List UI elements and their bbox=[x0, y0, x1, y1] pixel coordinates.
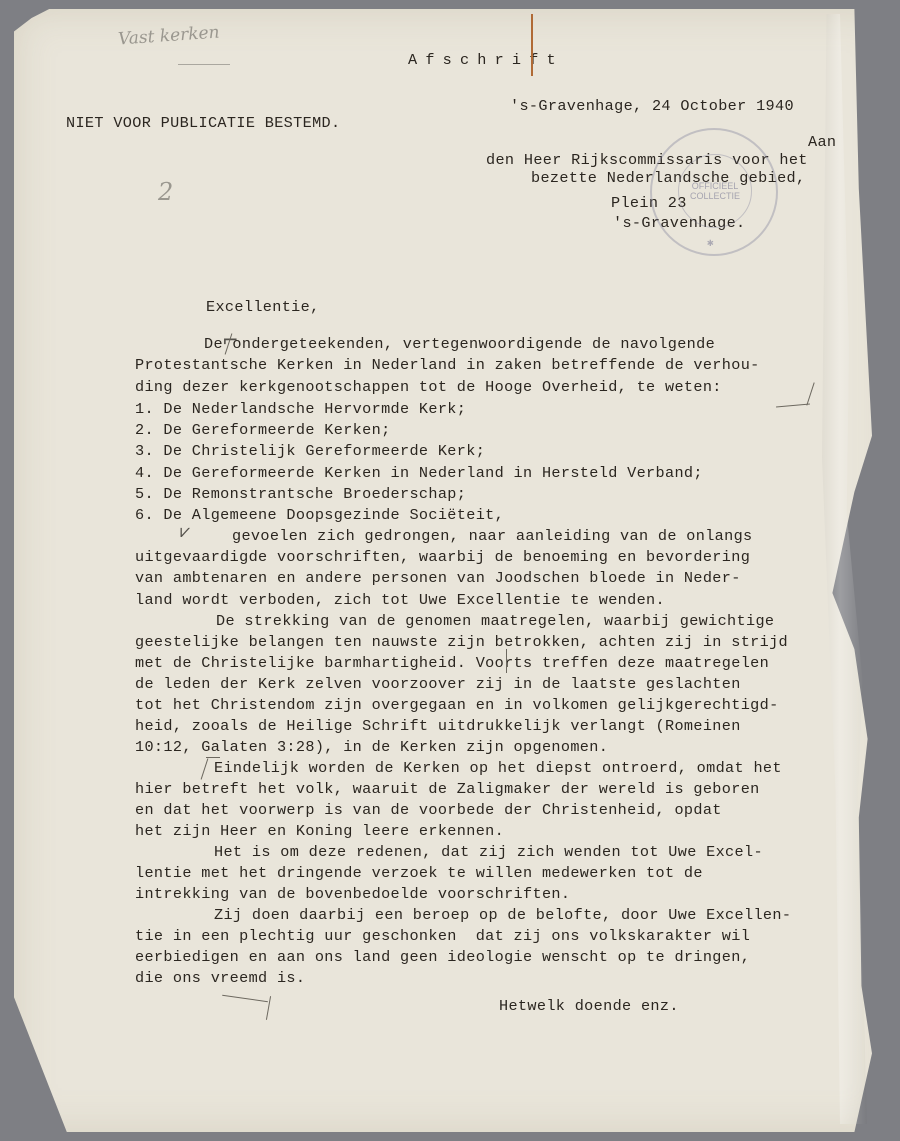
list-item: 1. De Nederlandsche Hervormde Kerk; bbox=[135, 402, 466, 417]
body-line: van ambtenaren en andere personen van Jo… bbox=[135, 571, 741, 586]
list-item: 2. De Gereformeerde Kerken; bbox=[135, 423, 391, 438]
red-pencil-mark bbox=[531, 14, 533, 76]
list-item: 5. De Remonstrantsche Broederschap; bbox=[135, 487, 466, 502]
stamp-star-icon: ✱ bbox=[707, 236, 714, 250]
body-line: Eindelijk worden de Kerken op het diepst… bbox=[214, 761, 782, 776]
handwritten-page-number: 2 bbox=[158, 178, 173, 206]
body-line: gevoelen zich gedrongen, naar aanleiding… bbox=[232, 529, 753, 544]
body-line: Zij doen daarbij een beroep op de beloft… bbox=[214, 908, 791, 923]
list-item: 6. De Algemeene Doopsgezinde Sociëteit, bbox=[135, 508, 504, 523]
stamp-inner-text-1: OFFICIEEL bbox=[679, 181, 751, 191]
body-line: lentie met het dringende verzoek te will… bbox=[135, 866, 703, 881]
place-date: 's-Gravenhage, 24 October 1940 bbox=[510, 99, 794, 114]
confidential-notice: NIET VOOR PUBLICATIE BESTEMD. bbox=[66, 116, 340, 131]
document-title: Afschrift bbox=[408, 53, 564, 68]
list-item: 3. De Christelijk Gereformeerde Kerk; bbox=[135, 444, 485, 459]
body-line: De ondergeteekenden, vertegenwoordigende… bbox=[204, 337, 715, 352]
closing: Hetwelk doende enz. bbox=[499, 999, 679, 1014]
body-line: uitgevaardigde voorschriften, waarbij de… bbox=[135, 550, 750, 565]
body-line: intrekking van de bovenbedoelde voorschr… bbox=[135, 887, 570, 902]
body-line: tie in een plechtig uur geschonken dat z… bbox=[135, 929, 750, 944]
salutation: Excellentie, bbox=[206, 300, 320, 315]
body-line: 10:12, Galaten 3:28), in de Kerken zijn … bbox=[135, 740, 608, 755]
pencil-bracket-line bbox=[206, 757, 220, 758]
pencil-underline bbox=[178, 64, 230, 65]
body-line: en dat het voorwerp is van de voorbede d… bbox=[135, 803, 722, 818]
body-line: heid, zooals de Heilige Schrift uitdrukk… bbox=[135, 719, 741, 734]
pencil-divider-mark bbox=[506, 649, 507, 673]
body-line: hier betreft het volk, waaruit de Zaligm… bbox=[135, 782, 760, 797]
body-line: het zijn Heer en Koning leere erkennen. bbox=[135, 824, 504, 839]
body-line: de leden der Kerk zelven voorzoover zij … bbox=[135, 677, 741, 692]
body-line: land wordt verboden, zich tot Uwe Excell… bbox=[135, 593, 665, 608]
archive-stamp: RIJKSINSTITUUT VOOR OORLOGSDOCUMENTATIE … bbox=[650, 128, 778, 256]
body-line: Het is om deze redenen, dat zij zich wen… bbox=[214, 845, 763, 860]
body-line: eerbiedigen en aan ons land geen ideolog… bbox=[135, 950, 750, 965]
body-line: Protestantsche Kerken in Nederland in za… bbox=[135, 358, 760, 373]
stamp-inner-text-2: COLLECTIE bbox=[679, 191, 751, 201]
body-line: die ons vreemd is. bbox=[135, 971, 305, 986]
stamp-inner: OFFICIEEL COLLECTIE bbox=[678, 154, 752, 228]
body-line: tot het Christendom zijn overgegaan en i… bbox=[135, 698, 779, 713]
body-line: De strekking van de genomen maatregelen,… bbox=[216, 614, 774, 629]
list-item: 4. De Gereformeerde Kerken in Nederland … bbox=[135, 466, 703, 481]
addressee-line-1: Aan bbox=[808, 135, 836, 150]
body-line: met de Christelijke barmhartigheid. Voor… bbox=[135, 656, 769, 671]
pencil-check-mark: ⩗ bbox=[180, 521, 190, 542]
body-line: ding dezer kerkgenootschappen tot de Hoo… bbox=[135, 380, 722, 395]
body-line: geestelijke belangen ten nauwste zijn be… bbox=[135, 635, 788, 650]
